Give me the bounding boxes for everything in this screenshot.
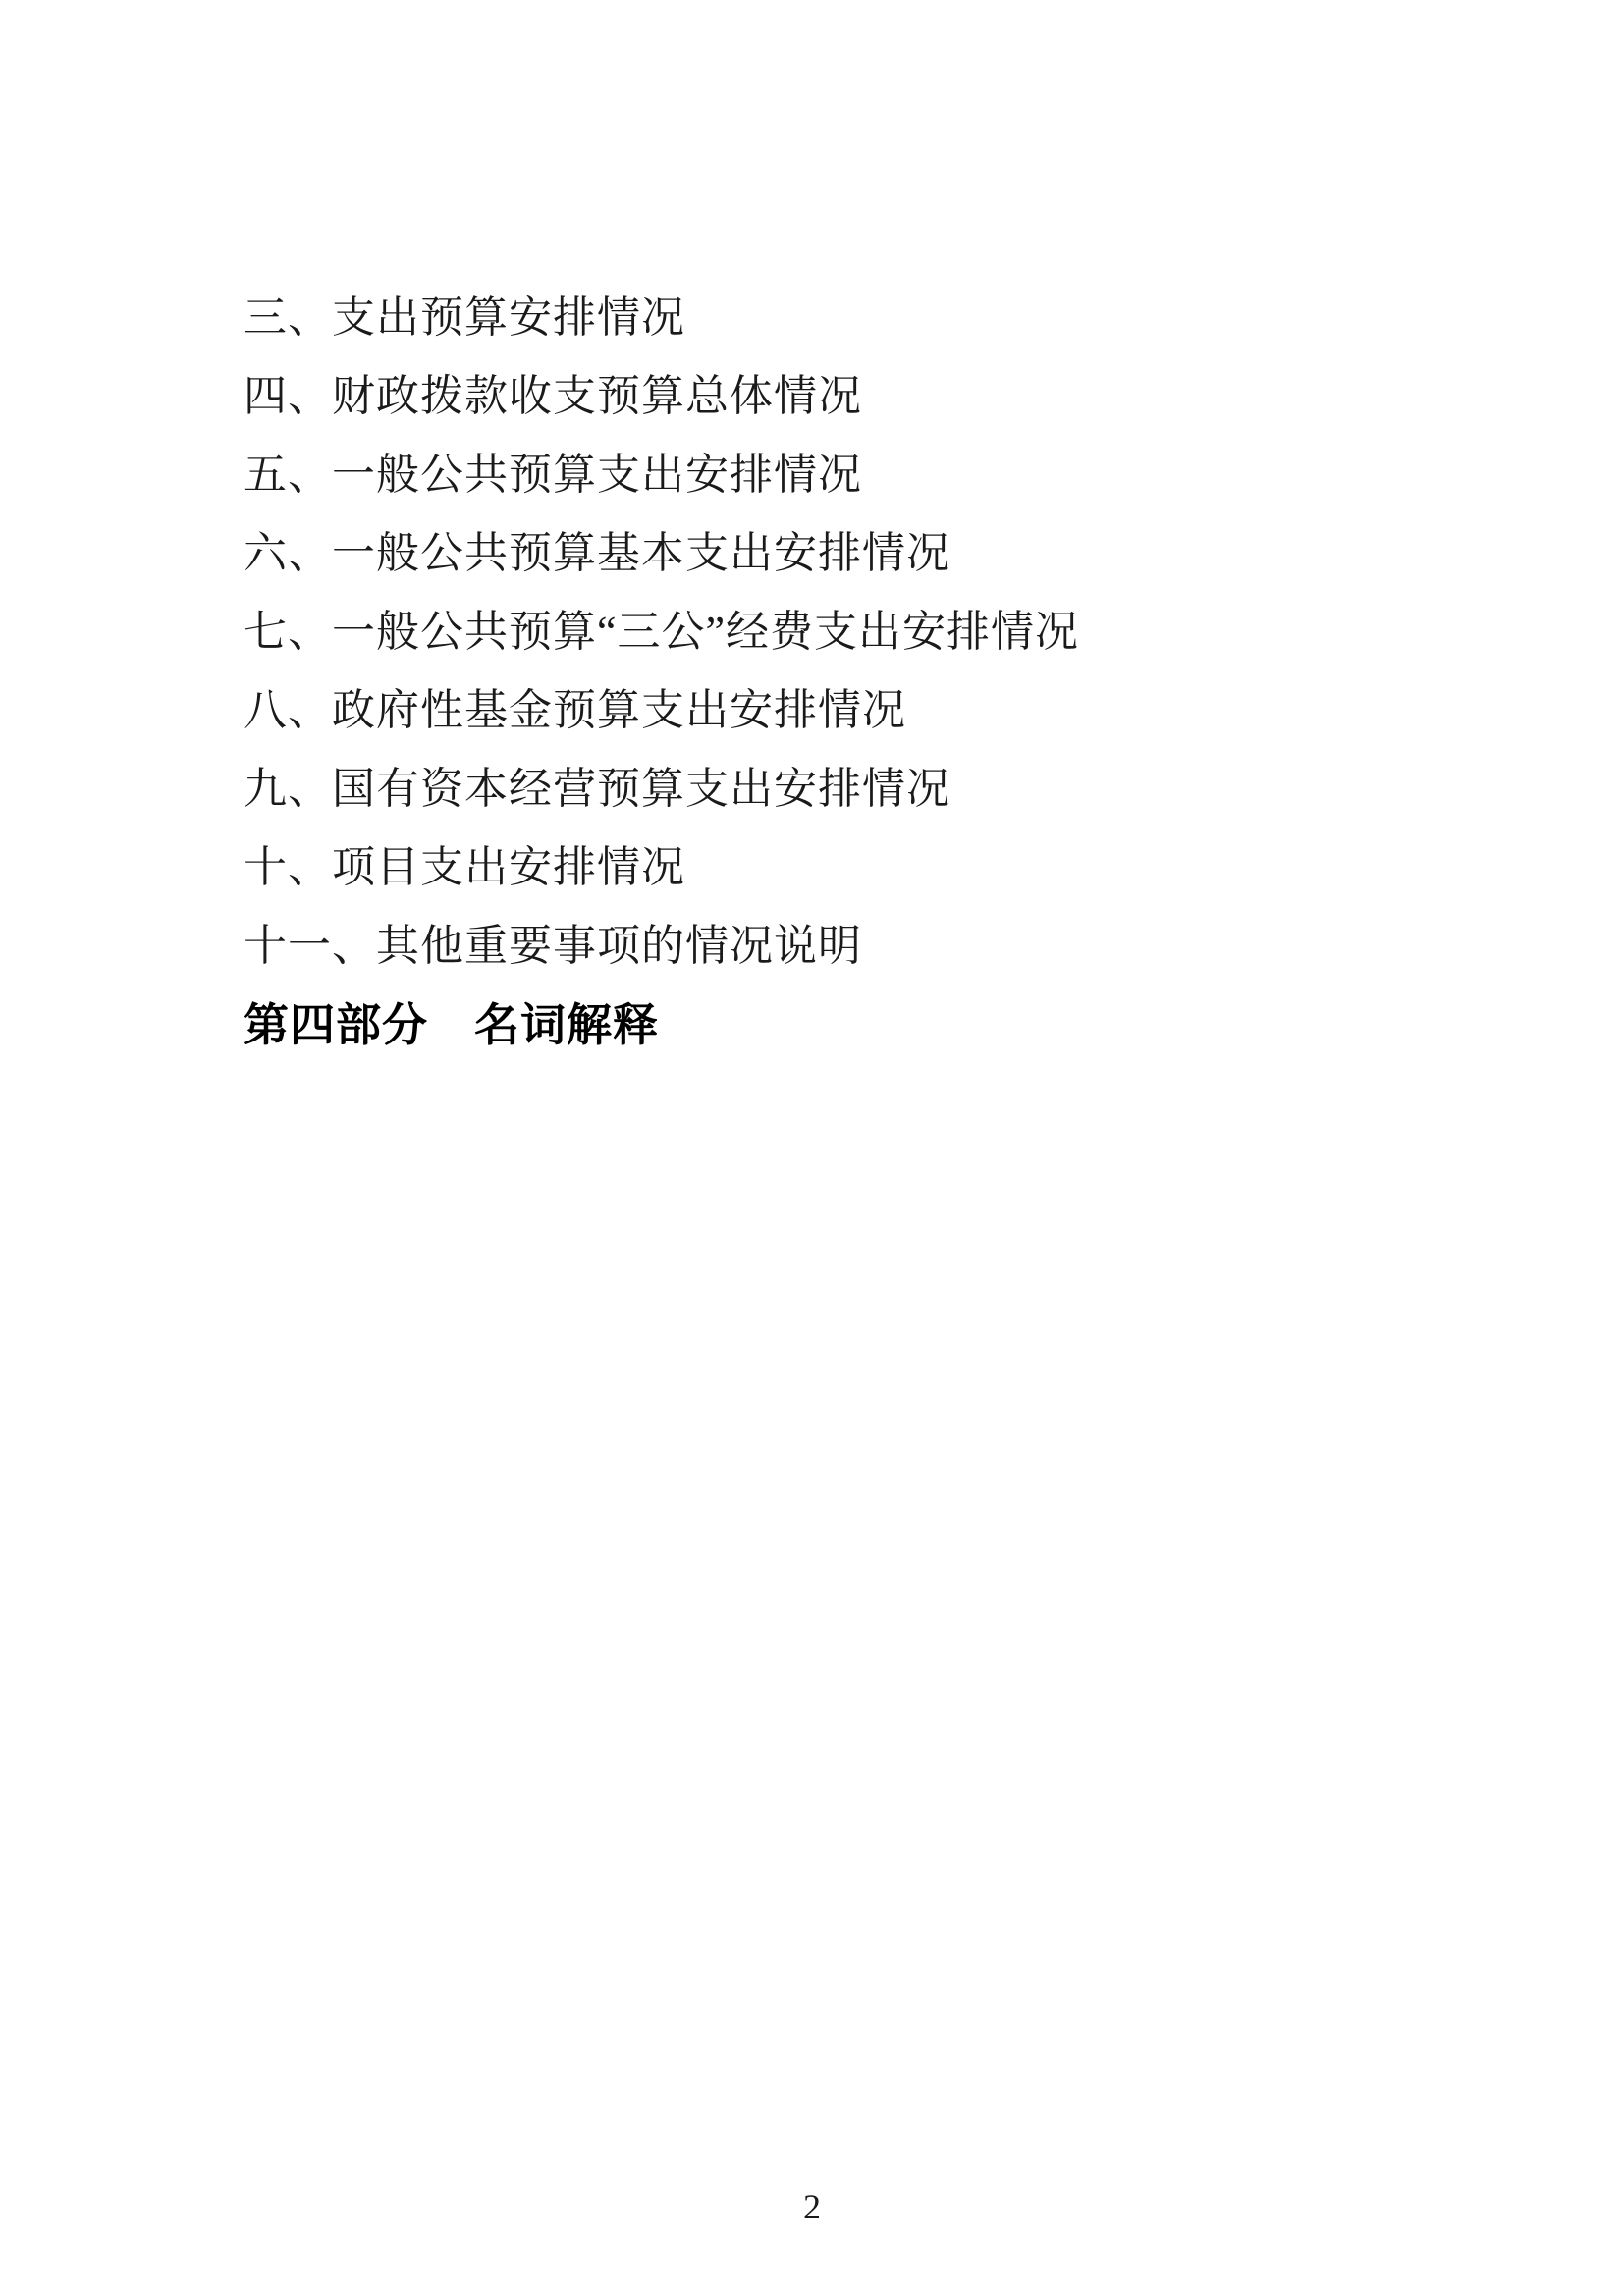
toc-item: 十一、其他重要事项的情况说明 xyxy=(244,907,1079,986)
toc-item: 四、财政拨款收支预算总体情况 xyxy=(244,357,1079,436)
page-number: 2 xyxy=(0,2189,1624,2224)
toc-item: 五、一般公共预算支出安排情况 xyxy=(244,436,1079,514)
toc-item: 八、政府性基金预算支出安排情况 xyxy=(244,671,1079,750)
document-page: 三、支出预算安排情况 四、财政拨款收支预算总体情况 五、一般公共预算支出安排情况… xyxy=(0,0,1624,2296)
toc-item: 六、一般公共预算基本支出安排情况 xyxy=(244,514,1079,593)
toc-item: 九、国有资本经营预算支出安排情况 xyxy=(244,750,1079,828)
table-of-contents: 三、支出预算安排情况 四、财政拨款收支预算总体情况 五、一般公共预算支出安排情况… xyxy=(244,279,1079,1064)
section-heading: 第四部分 名词解释 xyxy=(244,986,1079,1064)
toc-item: 三、支出预算安排情况 xyxy=(244,279,1079,357)
toc-item: 七、一般公共预算“三公”经费支出安排情况 xyxy=(244,593,1079,671)
toc-item: 十、项目支出安排情况 xyxy=(244,828,1079,907)
